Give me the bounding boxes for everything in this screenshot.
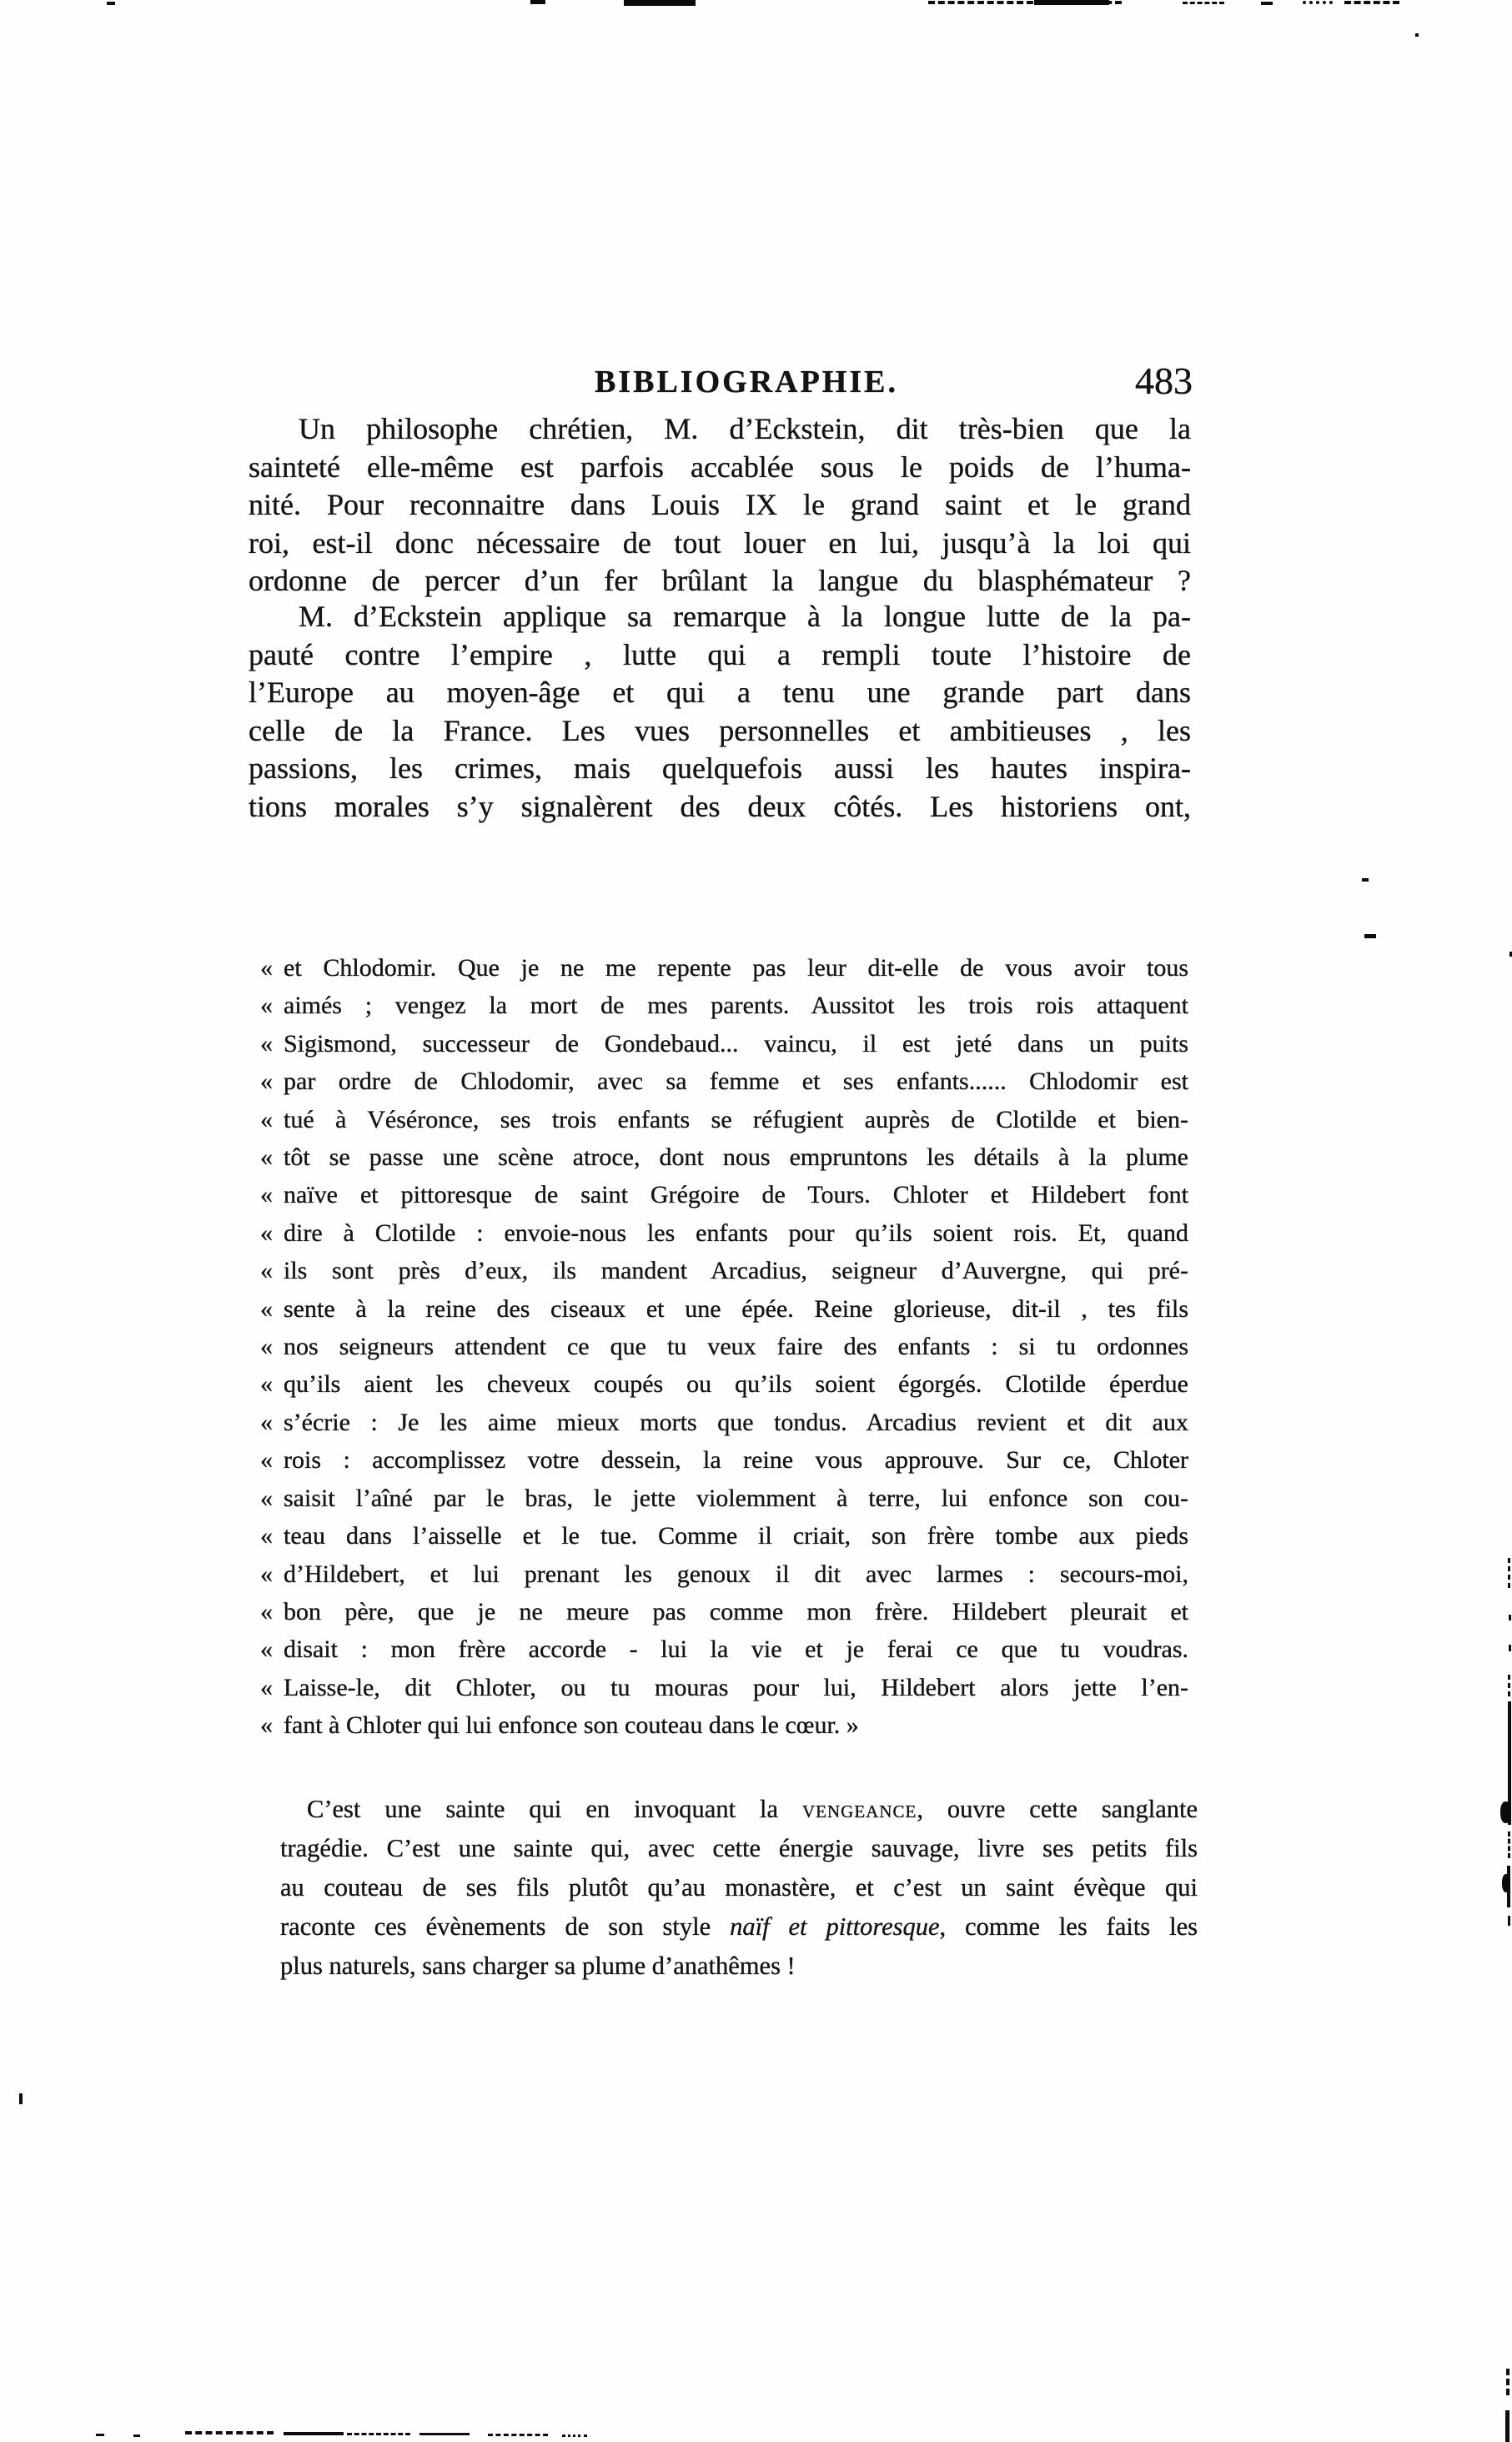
quotation-block: «et Chlodomir. Que je ne me repente pas … bbox=[260, 949, 1188, 1745]
paragraph-line: l’Europe au moyen-âge et qui a tenu une … bbox=[249, 674, 1191, 712]
quotation-line: «qu’ils aient les cheveux coupés ou qu’i… bbox=[260, 1365, 1188, 1403]
scan-artifact bbox=[624, 0, 696, 6]
paragraph-line: Un philosophe chrétien, M. d’Eckstein, d… bbox=[249, 410, 1191, 449]
scan-artifact bbox=[419, 2433, 470, 2435]
text-segment: nité. Pour reconnaitre dans Louis IX le … bbox=[249, 488, 1191, 521]
scan-artifact bbox=[1415, 33, 1419, 37]
text-segment: raconte ces évènements de son style bbox=[280, 1912, 730, 1941]
text-segment: s’écrie : Je les aime mieux morts que to… bbox=[284, 1409, 1188, 1436]
text-segment: M. d’Eckstein applique sa remarque à la … bbox=[299, 600, 1191, 633]
text-segment: Laisse-le, dit Chloter, ou tu mouras pou… bbox=[284, 1674, 1188, 1701]
quotation-line: «fant à Chloter qui lui enfonce son cout… bbox=[260, 1706, 1188, 1744]
text-segment: d’Hildebert, et lui prenant les genoux i… bbox=[284, 1560, 1188, 1588]
scan-artifact bbox=[1303, 1, 1333, 4]
quotation-line: «d’Hildebert, et lui prenant les genoux … bbox=[260, 1555, 1188, 1593]
quotation-line: «tué à Véséronce, ses trois enfants se r… bbox=[260, 1101, 1188, 1138]
quotation-line: «bon père, que je ne meure pas comme mon… bbox=[260, 1593, 1188, 1631]
text-segment: celle de la France. Les vues personnelle… bbox=[249, 714, 1191, 747]
guillemet-mark: « bbox=[260, 1181, 284, 1208]
text-segment: Un philosophe chrétien, M. d’Eckstein, d… bbox=[299, 412, 1191, 445]
quotation-line: «disait : mon frère accorde - lui la vie… bbox=[260, 1631, 1188, 1668]
guillemet-mark: « bbox=[260, 954, 284, 982]
guillemet-mark: « bbox=[260, 1219, 284, 1247]
scan-artifact bbox=[1261, 2, 1273, 5]
text-segment: disait : mon frère accorde - lui la vie … bbox=[284, 1636, 1188, 1663]
guillemet-mark: « bbox=[260, 1485, 284, 1512]
paragraph-line: nité. Pour reconnaitre dans Louis IX le … bbox=[249, 486, 1191, 525]
quotation-line: «sente à la reine des ciseaux et une épé… bbox=[260, 1290, 1188, 1328]
paragraph-line: celle de la France. Les vues personnelle… bbox=[249, 712, 1191, 751]
paragraph-line: ordonne de percer d’un fer brûlant la la… bbox=[249, 562, 1191, 600]
text-segment: tué à Véséronce, ses trois enfants se ré… bbox=[284, 1106, 1188, 1133]
quotation-line: «saisit l’aîné par le bras, le jette vio… bbox=[260, 1480, 1188, 1517]
text-segment: sainteté elle-même est parfois accablée … bbox=[249, 450, 1191, 484]
text-segment: fant à Chloter qui lui enfonce son coute… bbox=[284, 1711, 859, 1739]
guillemet-mark: « bbox=[260, 1257, 284, 1284]
paragraph-line: tragédie. C’est une sainte qui, avec cet… bbox=[280, 1829, 1198, 1868]
quotation-line: «rois : accomplissez votre dessein, la r… bbox=[260, 1441, 1188, 1479]
text-segment: sente à la reine des ciseaux et une épée… bbox=[284, 1295, 1188, 1323]
text-segment: roi, est-il donc nécessaire de tout loue… bbox=[249, 526, 1191, 560]
paragraph-line: roi, est-il donc nécessaire de tout loue… bbox=[249, 525, 1191, 563]
scan-artifact bbox=[96, 2434, 104, 2436]
quotation-line: «tôt se passe une scène atroce, dont nou… bbox=[260, 1138, 1188, 1176]
scan-artifact bbox=[1508, 1916, 1510, 1926]
closing-paragraph: C’est une sainte qui en invoquant la ven… bbox=[280, 1790, 1198, 1986]
scan-artifact bbox=[488, 2434, 548, 2436]
guillemet-mark: « bbox=[260, 1711, 284, 1739]
guillemet-mark: « bbox=[260, 1636, 284, 1663]
text-segment: l’Europe au moyen-âge et qui a tenu une … bbox=[249, 676, 1191, 709]
quotation-line: «naïve et pittoresque de saint Grégoire … bbox=[260, 1176, 1188, 1213]
quotation-line: «aimés ; vengez la mort de mes parents. … bbox=[260, 987, 1188, 1024]
text-segment: tions morales s’y signalèrent des deux c… bbox=[249, 790, 1191, 823]
guillemet-mark: « bbox=[260, 1106, 284, 1133]
quotation-line: «s’écrie : Je les aime mieux morts que t… bbox=[260, 1404, 1188, 1441]
guillemet-mark: « bbox=[260, 1295, 284, 1323]
text-segment: , ouvre cette sanglante bbox=[917, 1795, 1198, 1823]
text-segment: ils sont près d’eux, ils mandent Arcadiu… bbox=[284, 1257, 1188, 1284]
text-segment: aimés ; vengez la mort de mes parents. A… bbox=[284, 992, 1188, 1019]
scan-artifact bbox=[185, 2431, 274, 2434]
text-segment: pauté contre l’empire , lutte qui a remp… bbox=[249, 638, 1191, 671]
scan-artifact bbox=[1506, 2369, 1509, 2395]
paragraph-2: M. d’Eckstein applique sa remarque à la … bbox=[249, 598, 1191, 826]
scan-artifact bbox=[1502, 1874, 1510, 1892]
guillemet-mark: « bbox=[260, 1560, 284, 1588]
guillemet-mark: « bbox=[260, 1333, 284, 1360]
paragraph-line: sainteté elle-même est parfois accablée … bbox=[249, 449, 1191, 487]
scan-artifact bbox=[1508, 1558, 1510, 1588]
scan-artifact bbox=[1364, 934, 1376, 938]
paragraph-line: raconte ces évènements de son style naïf… bbox=[280, 1907, 1198, 1947]
text-segment: teau dans l’aisselle et le tue. Comme il… bbox=[284, 1522, 1188, 1550]
guillemet-mark: « bbox=[260, 1143, 284, 1171]
running-header-title: BIBLIOGRAPHIE. bbox=[584, 364, 909, 400]
scan-artifact bbox=[1508, 1831, 1510, 1858]
text-segment: et Chlodomir. Que je ne me repente pas l… bbox=[284, 954, 1188, 982]
text-segment: nos seigneurs attendent ce que tu veux f… bbox=[284, 1333, 1188, 1360]
guillemet-mark: « bbox=[260, 1598, 284, 1625]
quotation-line: «Laisse-le, dit Chloter, ou tu mouras po… bbox=[260, 1669, 1188, 1706]
text-segment: rois : accomplissez votre dessein, la re… bbox=[284, 1446, 1188, 1474]
quotation-line: «ils sont près d’eux, ils mandent Arcadi… bbox=[260, 1252, 1188, 1289]
paragraph-line: M. d’Eckstein applique sa remarque à la … bbox=[249, 598, 1191, 636]
quotation-line: «nos seigneurs attendent ce que tu veux … bbox=[260, 1328, 1188, 1365]
scan-artifact bbox=[1509, 1615, 1511, 1620]
text-segment: ordonne de percer d’un fer brûlant la la… bbox=[249, 564, 1191, 597]
paragraph-line: tions morales s’y signalèrent des deux c… bbox=[249, 788, 1191, 827]
paragraph-line: C’est une sainte qui en invoquant la ven… bbox=[280, 1790, 1198, 1829]
text-segment: tragédie. C’est une sainte qui, avec cet… bbox=[280, 1834, 1198, 1862]
guillemet-mark: « bbox=[260, 1674, 284, 1701]
guillemet-mark: « bbox=[260, 1446, 284, 1474]
scan-artifact bbox=[1183, 2, 1224, 4]
guillemet-mark: « bbox=[260, 1030, 284, 1058]
scan-artifact bbox=[325, 1039, 329, 1043]
paragraph-1: Un philosophe chrétien, M. d’Eckstein, d… bbox=[249, 410, 1191, 600]
paragraph-line: pauté contre l’empire , lutte qui a remp… bbox=[249, 636, 1191, 675]
scan-artifact bbox=[1362, 878, 1369, 882]
italic-phrase: naïf et pittoresque bbox=[730, 1912, 939, 1941]
text-segment: , comme les faits les bbox=[940, 1912, 1198, 1941]
scan-artifact bbox=[1509, 1645, 1511, 1651]
text-segment: C’est une sainte qui en invoquant la bbox=[307, 1795, 802, 1823]
text-segment: tôt se passe une scène atroce, dont nous… bbox=[284, 1143, 1188, 1171]
guillemet-mark: « bbox=[260, 1068, 284, 1095]
guillemet-mark: « bbox=[260, 1409, 284, 1436]
scan-artifact bbox=[19, 2093, 23, 2104]
scan-artifact bbox=[1505, 2410, 1509, 2442]
page-number: 483 bbox=[1109, 359, 1193, 403]
paragraph-line: passions, les crimes, mais quelquefois a… bbox=[249, 750, 1191, 788]
scan-artifact bbox=[1034, 0, 1109, 5]
scan-artifact bbox=[284, 2432, 344, 2435]
text-segment: par ordre de Chlodomir, avec sa femme et… bbox=[284, 1068, 1188, 1095]
text-segment: passions, les crimes, mais quelquefois a… bbox=[249, 751, 1191, 785]
text-segment: qu’ils aient les cheveux coupés ou qu’il… bbox=[284, 1370, 1188, 1398]
quotation-line: «et Chlodomir. Que je ne me repente pas … bbox=[260, 949, 1188, 987]
smallcaps-word: vengeance bbox=[802, 1795, 917, 1823]
guillemet-mark: « bbox=[260, 1522, 284, 1550]
scan-artifact bbox=[107, 2, 115, 5]
scan-artifact bbox=[530, 0, 545, 4]
scan-artifact bbox=[1508, 1675, 1510, 1696]
scan-artifact bbox=[562, 2434, 587, 2437]
guillemet-mark: « bbox=[260, 992, 284, 1019]
text-segment: naïve et pittoresque de saint Grégoire d… bbox=[284, 1181, 1188, 1208]
text-segment: bon père, que je ne meure pas comme mon … bbox=[284, 1598, 1188, 1625]
scan-artifact bbox=[1344, 1, 1399, 4]
text-segment: plus naturels, sans charger sa plume d’a… bbox=[280, 1952, 796, 1980]
text-segment: Sigismond, successeur de Gondebaud... va… bbox=[284, 1030, 1188, 1058]
quotation-line: «teau dans l’aisselle et le tue. Comme i… bbox=[260, 1517, 1188, 1555]
scan-artifact bbox=[133, 2434, 140, 2437]
quotation-line: «dire à Clotilde : envoie-nous les enfan… bbox=[260, 1214, 1188, 1252]
paragraph-line: au couteau de ses fils plutôt qu’au mona… bbox=[280, 1868, 1198, 1907]
text-segment: au couteau de ses fils plutôt qu’au mona… bbox=[280, 1873, 1198, 1902]
quotation-line: «Sigismond, successeur de Gondebaud... v… bbox=[260, 1025, 1188, 1063]
text-segment: saisit l’aîné par le bras, le jette viol… bbox=[284, 1485, 1188, 1512]
quotation-line: «par ordre de Chlodomir, avec sa femme e… bbox=[260, 1063, 1188, 1100]
scan-artifact bbox=[1500, 1801, 1511, 1823]
text-segment: dire à Clotilde : envoie-nous les enfant… bbox=[284, 1219, 1188, 1247]
scanned-book-page: BIBLIOGRAPHIE. 483 Un philosophe chrétie… bbox=[0, 0, 1512, 2442]
paragraph-line: plus naturels, sans charger sa plume d’a… bbox=[280, 1947, 1198, 1986]
scan-artifact bbox=[347, 2433, 410, 2435]
guillemet-mark: « bbox=[260, 1370, 284, 1398]
